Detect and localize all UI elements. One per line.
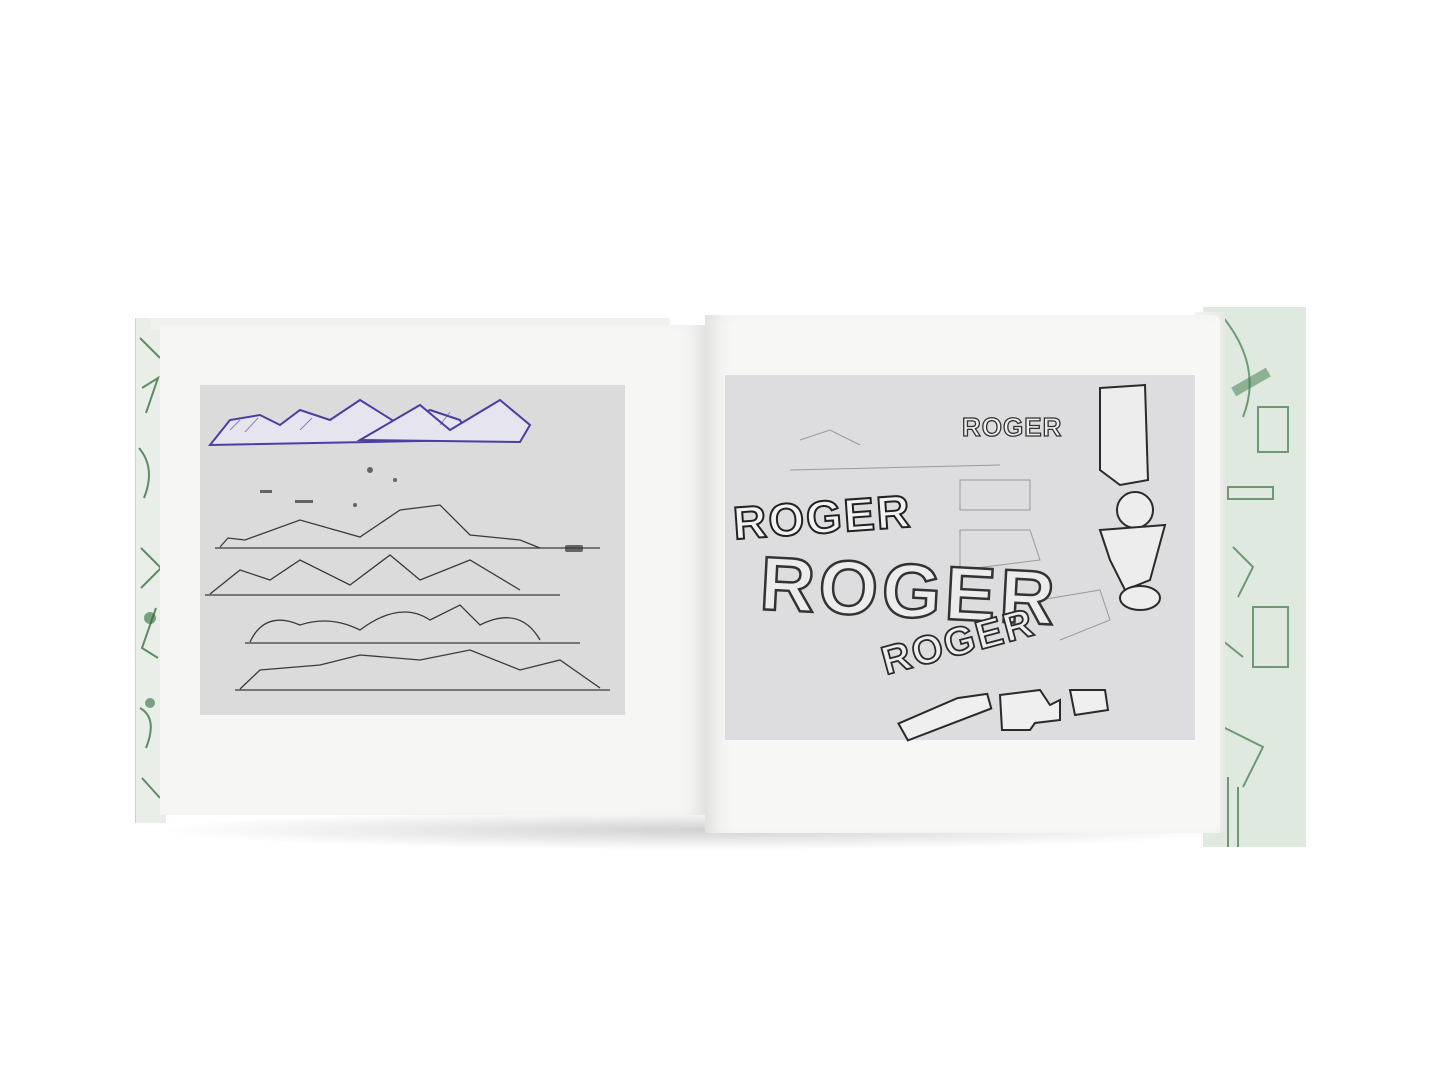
sketch-artwork xyxy=(0,0,1445,1084)
vertical-piece xyxy=(1100,385,1165,610)
pencil-piece-rows xyxy=(205,505,610,690)
tag-small-top: ROGER xyxy=(962,412,1062,443)
purple-ink-piece xyxy=(210,400,530,445)
bottom-blocks xyxy=(896,690,1108,741)
